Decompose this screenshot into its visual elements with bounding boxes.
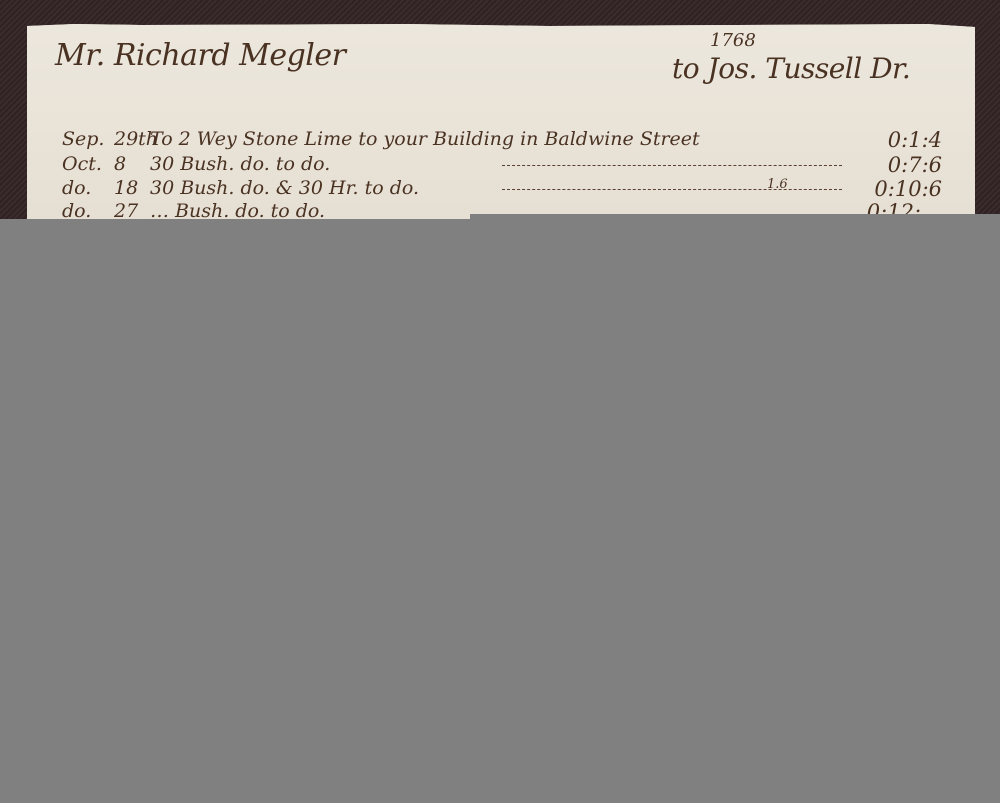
entry-day: 18 (114, 177, 154, 199)
entry-description: To 2 Wey Stone Lime to your Building in … (150, 128, 700, 150)
entry-day: 8 (114, 153, 154, 175)
entry-day: 29th (114, 128, 154, 150)
entry-month: Oct. (62, 153, 108, 175)
year: 1768 (710, 30, 756, 51)
entry-month: Sep. (62, 128, 108, 150)
creditor: to Jos. Tussell Dr. (672, 52, 910, 85)
redaction-overlay (470, 214, 1000, 803)
dash-leader (502, 177, 842, 190)
entry-description: 30 Bush. do. & 30 Hr. to do. (150, 177, 419, 199)
entry-month: do. (62, 177, 108, 199)
entry-amount: 0:7:6 (862, 153, 942, 177)
entry-description: 30 Bush. do. to do. (150, 153, 330, 175)
entry-amount: 0:10:6 (862, 177, 942, 201)
dash-leader (502, 153, 842, 166)
entry-note: 1.6 (767, 177, 788, 192)
redaction-overlay (0, 219, 470, 803)
addressee: Mr. Richard Megler (55, 38, 345, 73)
entry-amount: 0:1:4 (862, 128, 942, 152)
